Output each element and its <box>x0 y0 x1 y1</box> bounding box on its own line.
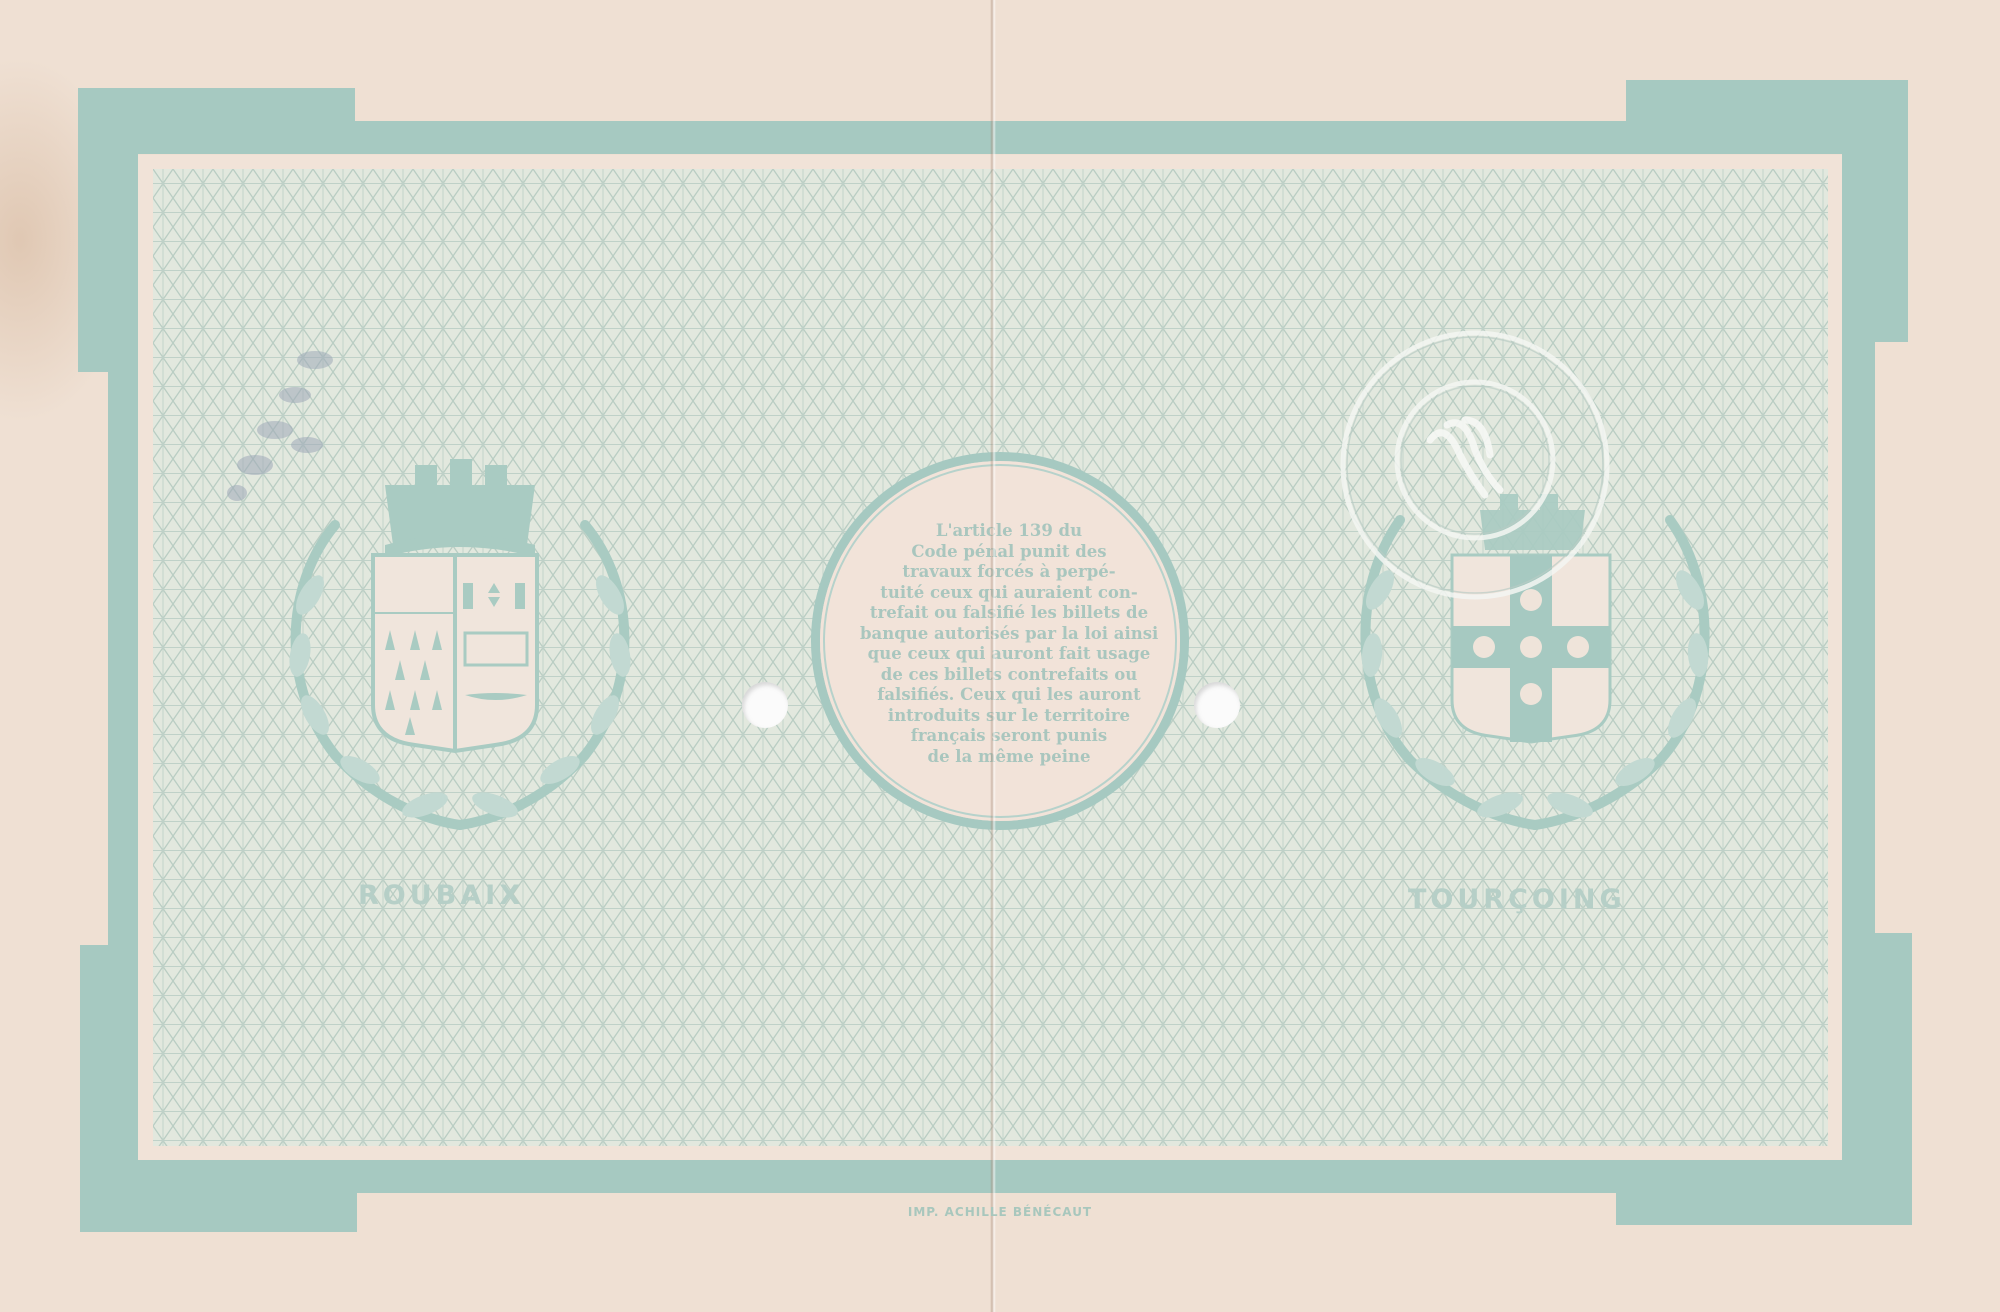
frame-corner-bottom-right-side <box>1842 933 1912 1225</box>
legal-warning-line: tuité ceux qui auraient con- <box>860 583 1158 604</box>
frame-corner-top-left-side <box>78 88 138 372</box>
legal-warning-line: que ceux qui auront fait usage <box>860 644 1158 665</box>
legal-warning-line: Code pénal punit des <box>860 542 1158 563</box>
banknote-reverse: ROUBAIX <box>0 0 2000 1312</box>
printer-imprint: IMP. ACHILLE BÉNÉCAUT <box>870 1205 1130 1219</box>
legal-warning-medallion: L'article 139 duCode pénal punit destrav… <box>811 452 1189 830</box>
roubaix-label: ROUBAIX <box>358 880 524 911</box>
punch-hole-right <box>1194 682 1240 728</box>
legal-warning-line: introduits sur le territoire <box>860 706 1158 727</box>
tourcoing-label: TOURÇOING <box>1408 884 1626 915</box>
legal-warning-line: banque autorisés par la loi ainsi <box>860 624 1158 645</box>
legal-warning-line: L'article 139 du <box>860 521 1158 542</box>
legal-warning-line: de ces billets contrefaits ou <box>860 665 1158 686</box>
embossed-seal-icon <box>1335 325 1615 605</box>
legal-warning-line: français seront punis <box>860 726 1158 747</box>
frame-corner-bottom-left-side <box>80 945 138 1232</box>
vertical-fold-crease <box>990 0 996 1312</box>
punch-hole-left <box>742 682 788 728</box>
legal-warning-line: de la même peine <box>860 747 1158 768</box>
legal-warning-text: L'article 139 duCode pénal punit destrav… <box>860 521 1158 767</box>
roubaix-coat-of-arms-icon <box>265 455 655 835</box>
legal-warning-line: falsifiés. Ceux qui les auront <box>860 685 1158 706</box>
frame-corner-top-right-side <box>1842 80 1908 342</box>
legal-warning-line: trefait ou falsifié les billets de <box>860 603 1158 624</box>
legal-warning-line: travaux forcés à perpé- <box>860 562 1158 583</box>
